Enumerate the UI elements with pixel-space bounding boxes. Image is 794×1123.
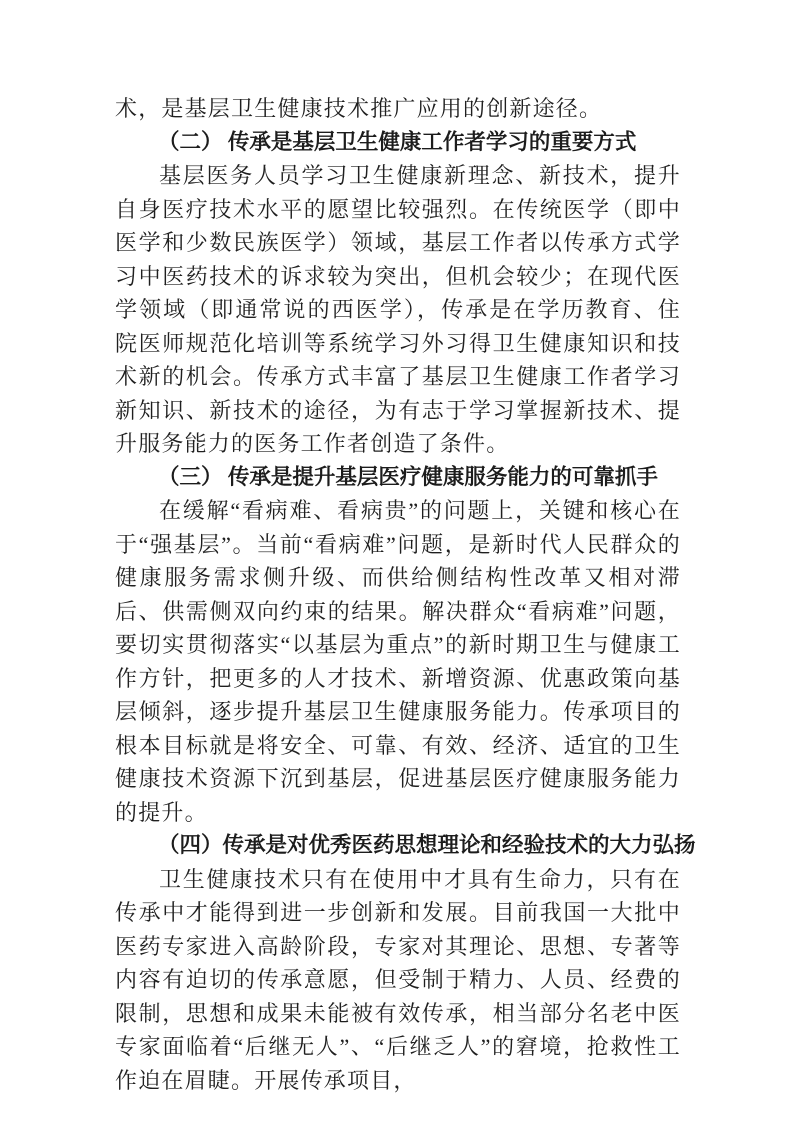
paragraph-section-3: 在缓解“看病难、看病贵”的问题上，关键和核心在于“强基层”。当前“看病难”问题，… xyxy=(115,494,681,829)
paragraph-section-4: 卫生健康技术只有在使用中才具有生命力，只有在传承中才能得到进一步创新和发展。目前… xyxy=(115,863,681,1098)
section-heading-3: （三） 传承是提升基层医疗健康服务能力的可靠抓手 xyxy=(115,461,681,495)
document-page: 术，是基层卫生健康技术推广应用的创新途径。 （二） 传承是基层卫生健康工作者学习… xyxy=(0,0,794,1123)
paragraph-section-2: 基层医务人员学习卫生健康新理念、新技术，提升自身医疗技术水平的愿望比较强烈。在传… xyxy=(115,159,681,461)
section-heading-2: （二） 传承是基层卫生健康工作者学习的重要方式 xyxy=(115,126,681,160)
section-heading-4: （四）传承是对优秀医药思想理论和经验技术的大力弘扬 xyxy=(115,829,681,863)
document-body: 术，是基层卫生健康技术推广应用的创新途径。 （二） 传承是基层卫生健康工作者学习… xyxy=(115,92,681,1097)
paragraph-continuation: 术，是基层卫生健康技术推广应用的创新途径。 xyxy=(115,92,681,126)
